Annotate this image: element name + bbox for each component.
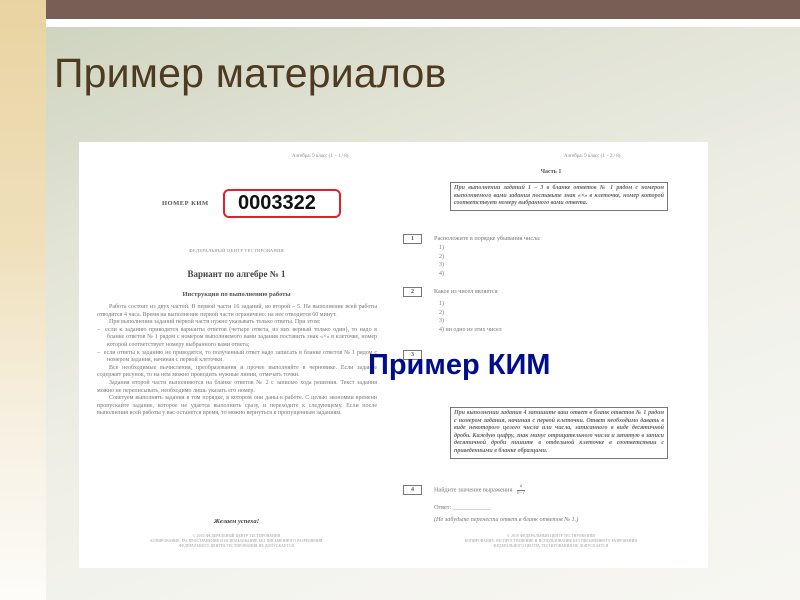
task-text: Найдите значение выражения a b−c bbox=[434, 484, 525, 496]
task-number: 2 bbox=[403, 287, 422, 297]
instruction-box: При выполнении заданий 1 – 3 в бланке от… bbox=[450, 182, 668, 211]
task-options: 1) 2) 3) 4) bbox=[439, 244, 444, 278]
task-text: Какое из чисел является bbox=[434, 288, 498, 295]
document-left-page: Алгебра. 9 класс (1 – 1 / 8) НОМЕР КИМ 0… bbox=[79, 142, 394, 568]
instruction-box: При выполнении задания 4 запишите ваш от… bbox=[450, 407, 668, 459]
page-header: Алгебра. 9 класс (1 – 1 / 8) bbox=[292, 154, 348, 159]
variant-title: Вариант по алгебре № 1 bbox=[79, 269, 394, 279]
top-decorative-bar bbox=[46, 0, 800, 19]
copyright-notice: © 2010 ФЕДЕРАЛЬНЫЙ ЦЕНТР ТЕСТИРОВАНИЯ КО… bbox=[79, 534, 394, 550]
kim-label: НОМЕР КИМ bbox=[162, 200, 209, 207]
page-header: Алгебра. 9 класс (1 – 2 / 8) bbox=[564, 154, 620, 159]
fraction: a b−c bbox=[517, 484, 525, 496]
top-white-strip bbox=[46, 19, 800, 27]
left-decorative-bar bbox=[0, 0, 46, 600]
instructions-bullet: – если к заданию приводятся варианты отв… bbox=[97, 327, 377, 350]
task-options: 1) 2) 3) 4) ни одно из этих чисел bbox=[439, 300, 502, 334]
task-number: 1 bbox=[403, 234, 422, 244]
overlay-label: Пример КИМ bbox=[368, 349, 550, 382]
instructions-bullet: – если ответы к заданию не приводятся, т… bbox=[97, 350, 377, 365]
instructions-body: Работа состоит из двух частей. В первой … bbox=[97, 304, 377, 418]
answer-line: Ответ: ____________ bbox=[434, 504, 490, 511]
instructions-paragraph: Все необходимые вычисления, преобразован… bbox=[97, 365, 377, 380]
kim-number-box: 0003322 bbox=[223, 189, 341, 218]
closing-wish: Желаем успеха! bbox=[79, 518, 394, 525]
instructions-paragraph: При выполнении заданий первой части нужн… bbox=[97, 319, 377, 327]
task-text: Расположите в порядке убывания числа: bbox=[434, 235, 541, 242]
instructions-paragraph: Работа состоит из двух частей. В первой … bbox=[97, 304, 377, 319]
task-number: 4 bbox=[403, 485, 422, 495]
instructions-paragraph: Советуем выполнять задания в том порядке… bbox=[97, 395, 377, 418]
slide-title: Пример материалов bbox=[54, 50, 446, 97]
answer-note: (Не забудьте перенести ответ в бланк отв… bbox=[434, 516, 578, 523]
org-name: ФЕДЕРАЛЬНЫЙ ЦЕНТР ТЕСТИРОВАНИЯ bbox=[79, 248, 394, 253]
part-title: Часть 1 bbox=[394, 169, 708, 175]
copyright-notice: © 2010 ФЕДЕРАЛЬНЫЙ ЦЕНТР ТЕСТИРОВАНИЯ КО… bbox=[394, 534, 708, 550]
instructions-title: Инструкция по выполнению работы bbox=[79, 291, 394, 298]
instructions-paragraph: Задания второй части выполняются на блан… bbox=[97, 380, 377, 395]
